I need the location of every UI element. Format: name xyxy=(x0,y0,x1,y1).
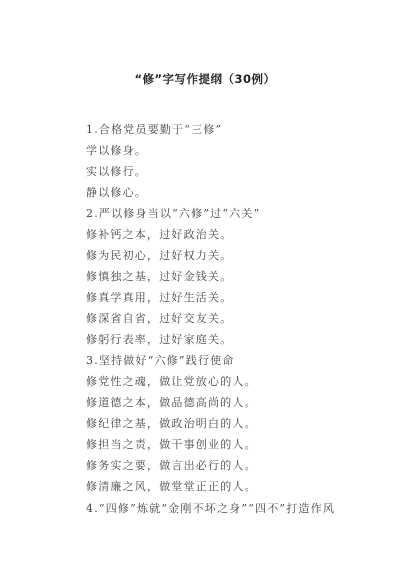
list-item: 修深省自省，过好交友关。 xyxy=(86,310,232,326)
list-item: 修党性之魂，做让党放心的人。 xyxy=(86,373,257,389)
list-item: 实以修行。 xyxy=(86,163,147,179)
list-item: 学以修身。 xyxy=(86,142,147,158)
heading-2: 2.严以修身当以“六修”过“六关” xyxy=(86,205,260,221)
list-item: 修纪律之基，做政治明白的人。 xyxy=(86,415,257,431)
list-item: 静以修心。 xyxy=(86,184,147,200)
list-item: 修躬行表率，过好家庭关。 xyxy=(86,331,232,347)
heading-1: 1.合格党员要勤于“三修” xyxy=(86,121,222,137)
heading-3: 3.坚持做好“六修”践行使命 xyxy=(86,352,235,368)
list-item: 修担当之责，做干事创业的人。 xyxy=(86,436,257,452)
list-item: 修补钙之本，过好政治关。 xyxy=(86,226,232,242)
document-title: “修”字写作提纲（30例） xyxy=(0,71,410,87)
list-item: 修清廉之风，做堂堂正正的人。 xyxy=(86,478,257,494)
list-item: 修道德之本，做品德高尚的人。 xyxy=(86,394,257,410)
list-item: 修真学真用，过好生活关。 xyxy=(86,289,232,305)
document-page: “修”字写作提纲（30例） 1.合格党员要勤于“三修” 学以修身。 实以修行。 … xyxy=(0,0,410,580)
list-item: 修务实之要，做言出必行的人。 xyxy=(86,457,257,473)
list-item: 修慎独之基，过好金钱关。 xyxy=(86,268,232,284)
heading-4: 4.“四修”炼就“金刚不坏之身”“四不”打造作风 xyxy=(86,500,335,516)
list-item: 修为民初心，过好权力关。 xyxy=(86,247,232,263)
